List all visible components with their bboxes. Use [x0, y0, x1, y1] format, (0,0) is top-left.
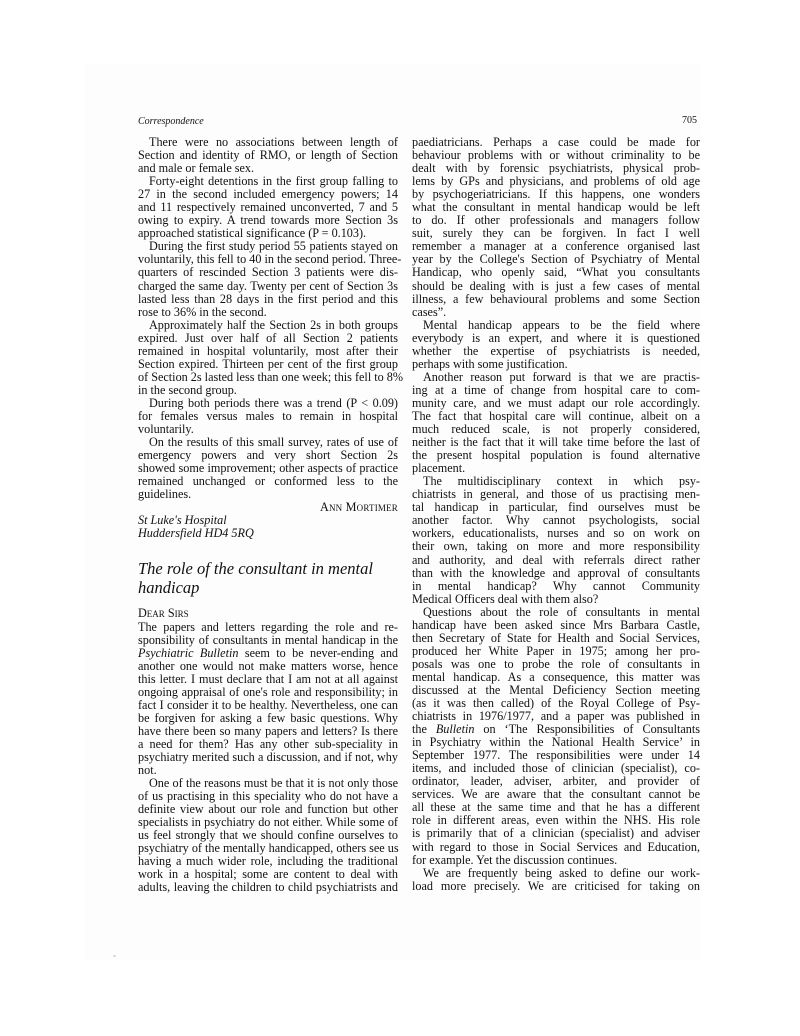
text-line: in mental handicap? Why cannot Community [412, 580, 700, 593]
text-line: Medical Officers deal with them also? [412, 593, 700, 606]
text-fragment: the [412, 722, 436, 736]
text-line: their own, taking on more and more respo… [412, 540, 700, 553]
text-line: perhaps with some justification. [412, 358, 700, 371]
text-line: have there been so many papers and lette… [138, 725, 398, 738]
address-line: Huddersfield HD4 5RQ [138, 527, 398, 540]
text-line: fact I consider it to be healthy. Nevert… [138, 699, 398, 712]
text-line: mental handicap. As a consequence, this … [412, 671, 700, 684]
text-line: expired. Just over half of all Section 2… [138, 332, 398, 345]
left-column: There were no associations between lengt… [138, 136, 398, 894]
text-line: is primarily that of a clinician (specia… [412, 827, 700, 840]
text-line: be forgiven for asking a few basic quest… [138, 712, 398, 725]
text-line: adults, leaving the children to child ps… [138, 881, 398, 894]
text-line: this letter. I must declare that I am no… [138, 673, 398, 686]
article-title-line: handicap [138, 578, 199, 597]
journal-name: Psychiatric Bulletin [138, 646, 238, 660]
article-title-line: The role of the consultant in mental [138, 559, 373, 578]
text-line: Section expired. Thirteen per cent of th… [138, 358, 398, 371]
journal-name: Bulletin [436, 722, 475, 736]
text-line: produced her White Paper in 1975; among … [412, 645, 700, 658]
text-line: Psychiatric Bulletin seem to be never-en… [138, 647, 398, 660]
text-line: rose to 36% in the second. [138, 306, 398, 319]
page-number: 705 [682, 115, 697, 126]
text-line: illness, a few behavioural problems and … [412, 293, 700, 306]
text-line: posals was one to probe the role of cons… [412, 658, 700, 671]
text-line: Approximately half the Section 2s in bot… [138, 319, 398, 332]
text-line: then Secretary of State for Health and S… [412, 632, 700, 645]
text-line: with regard to those in Social Services … [412, 841, 700, 854]
text-line: ing at a time of change from hospital ca… [412, 384, 700, 397]
text-line: whether the expertise of psychiatrists i… [412, 345, 700, 358]
right-column: paediatricians. Perhaps a case could be … [412, 136, 700, 893]
text-line: than with the knowledge and approval of … [412, 567, 700, 580]
text-line: The papers and letters regarding the rol… [138, 621, 398, 634]
text-line: lasted less than 28 days in the first pe… [138, 293, 398, 306]
running-head-section: Correspondence [138, 116, 204, 127]
text-line: for example. Yet the discussion continue… [412, 854, 700, 867]
text-line: should be dealing with is just a few cas… [412, 280, 700, 293]
text-fragment: on ‘The Responsibilities of Consultants [474, 722, 700, 736]
text-line: quarters of rescinded Section 3 patients… [138, 266, 398, 279]
text-line: a need for them? Has any other sub-speci… [138, 738, 398, 751]
text-line: another one would not make matters worse… [138, 660, 398, 673]
text-line: in the second group. [138, 384, 398, 397]
text-line: and authority, and deal with referrals d… [412, 554, 700, 567]
text-line: Another reason put forward is that we ar… [412, 371, 700, 384]
scan-mark [113, 955, 116, 957]
text-line: Mental handicap appears to be the field … [412, 319, 700, 332]
text-line: Questions about the role of consultants … [412, 606, 700, 619]
text-line: psychiatry merited such a discussion, an… [138, 751, 398, 764]
salutation: Dear Sirs [138, 607, 398, 620]
text-line: everybody is an expert, and where it is … [412, 332, 700, 345]
text-line: charged the same day. Twenty per cent of… [138, 280, 398, 293]
text-line: load more precisely. We are criticised f… [412, 880, 700, 893]
text-line: handicap have been asked since Mrs Barba… [412, 619, 700, 632]
text-line: cases”. [412, 306, 700, 319]
text-line: of Section 2s lasted less than one week;… [138, 371, 398, 384]
text-line: remained in hospital voluntarily, most a… [138, 345, 398, 358]
text-line: ongoing appraisal of one's role and resp… [138, 686, 398, 699]
text-line: Handicap, who openly said, “What you con… [412, 266, 700, 279]
article-title: The role of the consultant in mentalhand… [138, 559, 398, 597]
text-line: We are frequently being asked to define … [412, 867, 700, 880]
text-fragment: seem to be never-ending and [238, 646, 398, 660]
